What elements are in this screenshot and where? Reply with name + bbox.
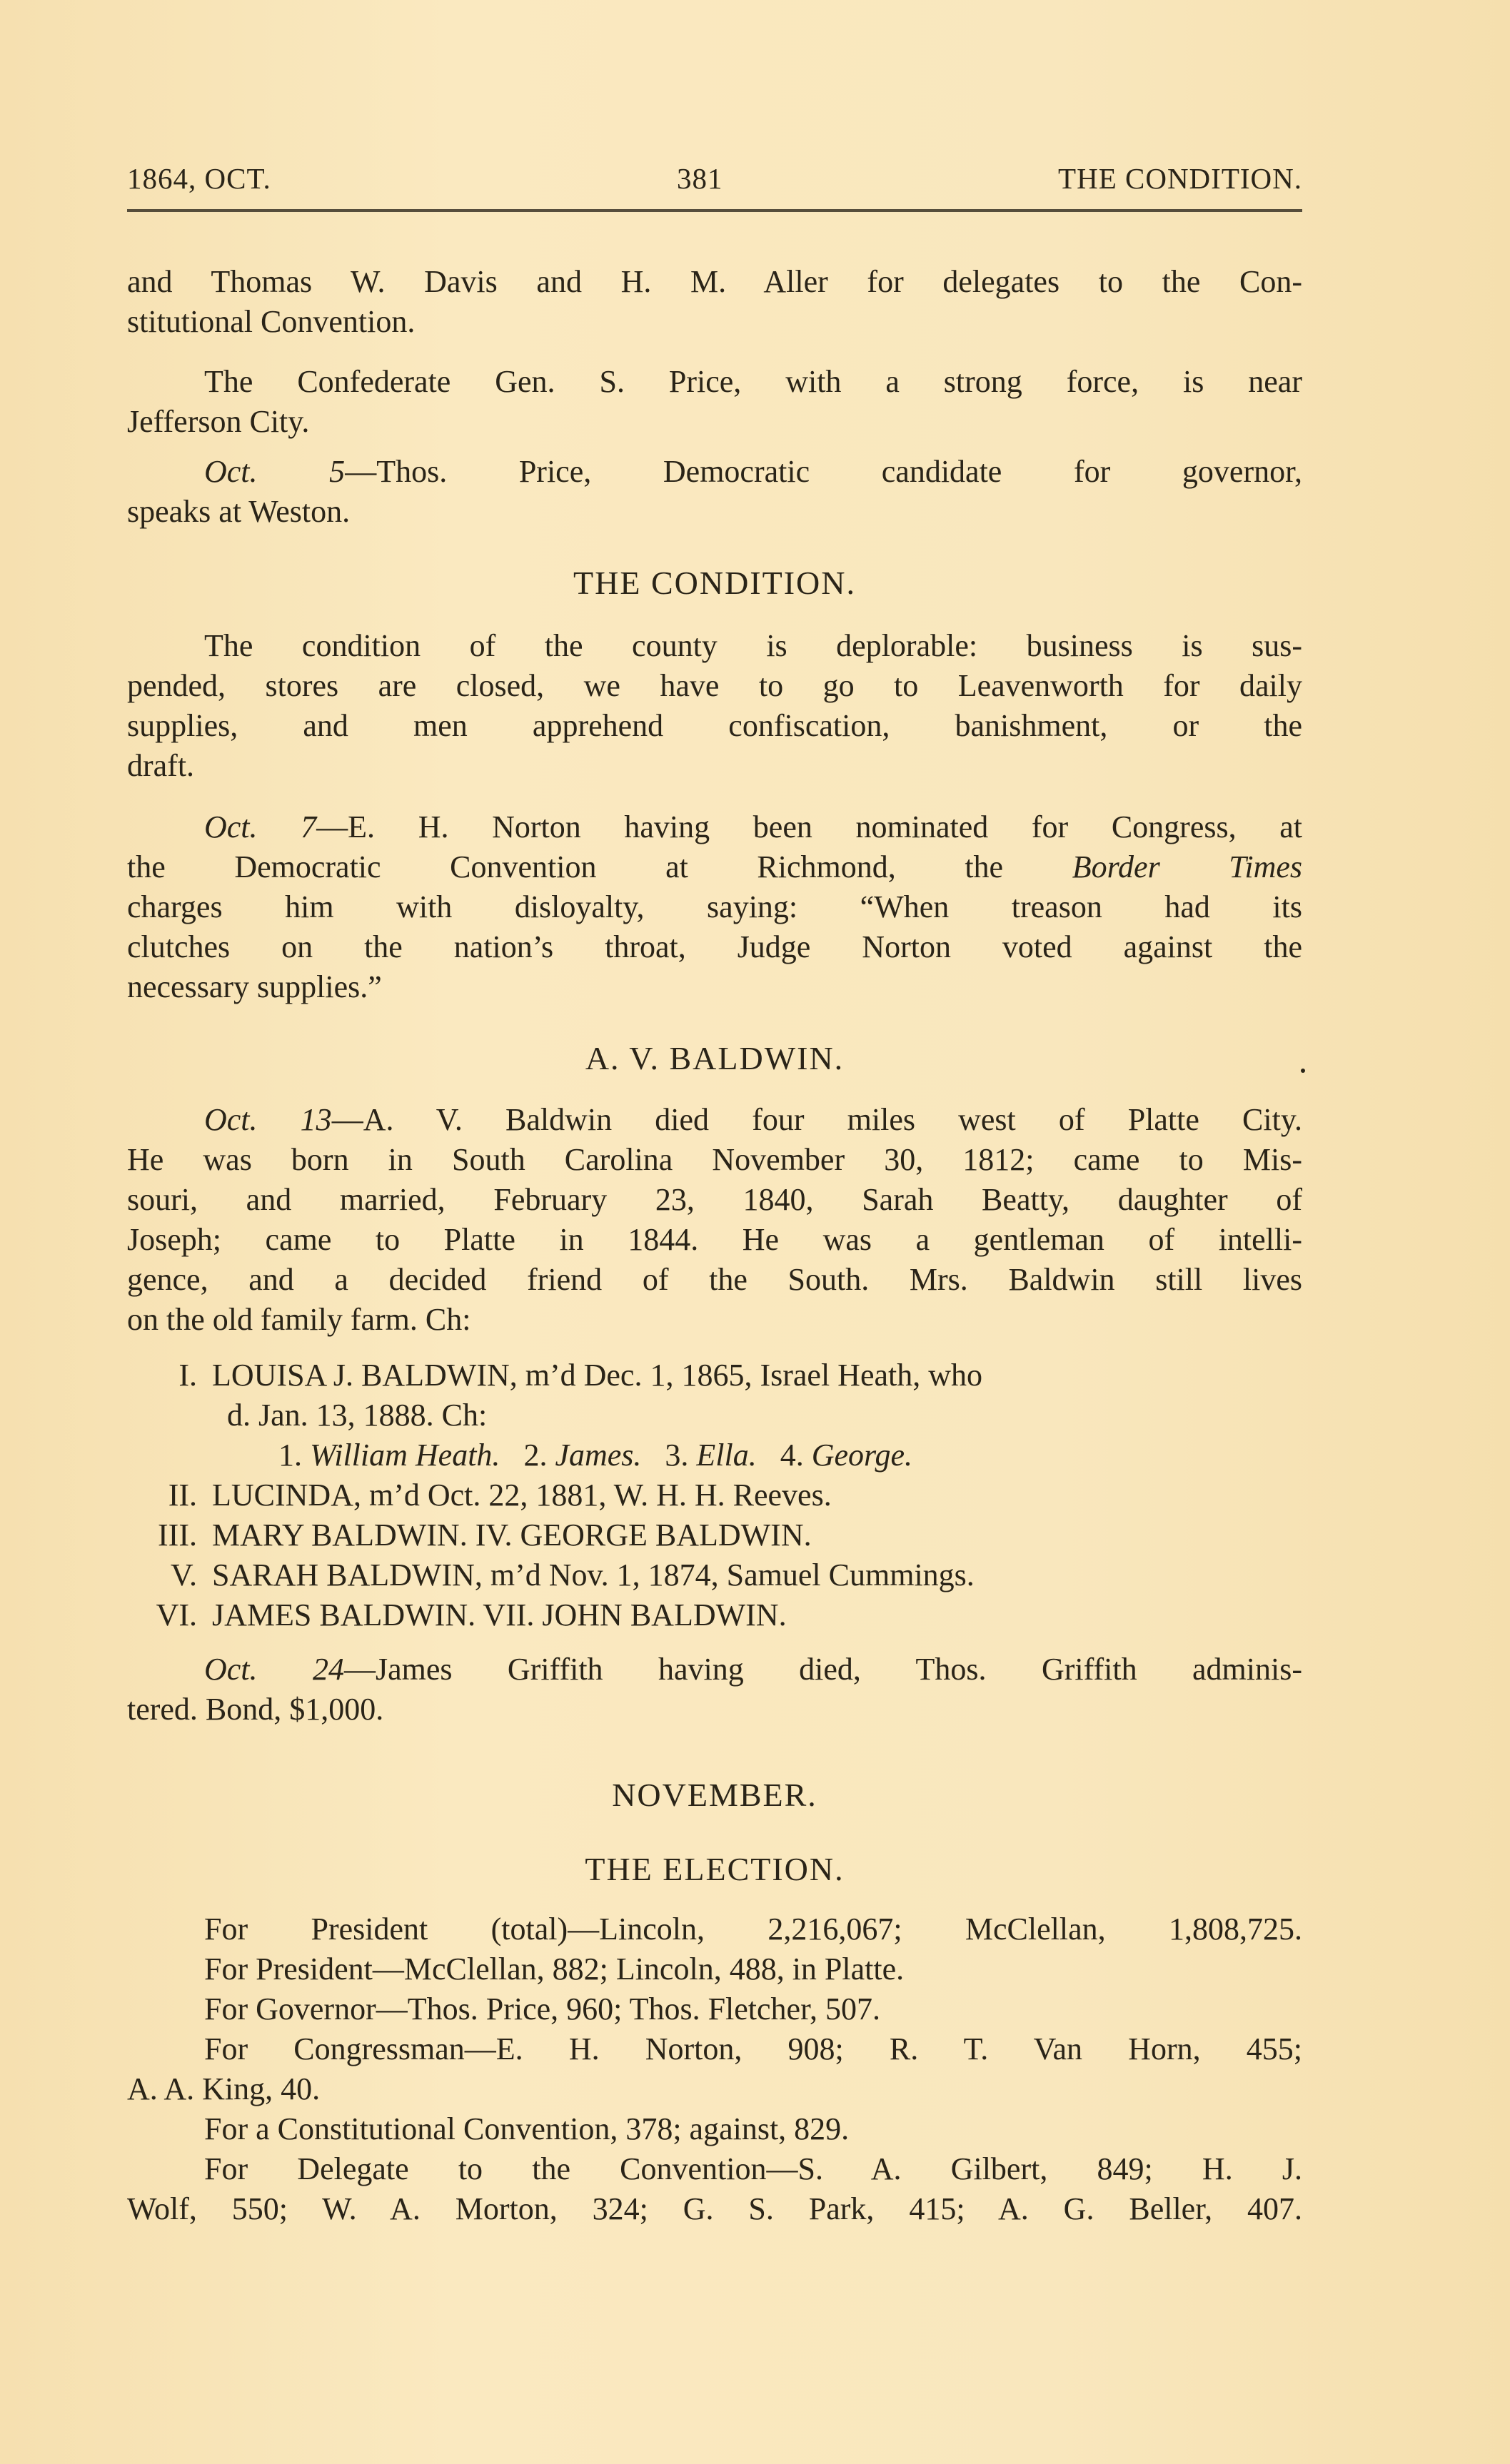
paragraph-line: souri, and married, February 23, 1840, S… xyxy=(127,1179,1302,1220)
genealogy-entry: V. SARAH BALDWIN, m’d Nov. 1, 1874, Samu… xyxy=(127,1555,1302,1595)
entry-date: Oct. 24 xyxy=(204,1652,344,1687)
paragraph-line: draft. xyxy=(127,745,1302,786)
genealogy-entry-cont: d. Jan. 13, 1888. Ch: xyxy=(127,1395,1302,1435)
genealogy-entry: II. LUCINDA, m’d Oct. 22, 1881, W. H. H.… xyxy=(127,1475,1302,1515)
dated-entry-line: Oct. 24—James Griffith having died, Thos… xyxy=(127,1649,1302,1690)
genealogy-entry: VI. JAMES BALDWIN. VII. JOHN BALDWIN. xyxy=(127,1595,1302,1635)
election-result-line: For President—McClellan, 882; Lincoln, 4… xyxy=(127,1949,1302,1989)
paragraph-line: charges him with disloyalty, saying: “Wh… xyxy=(127,887,1302,927)
paragraph-line: on the old family farm. Ch: xyxy=(127,1299,1302,1340)
election-result-line: For President (total)—Lincoln, 2,216,067… xyxy=(127,1909,1302,1949)
paragraph-line: Joseph; came to Platte in 1844. He was a… xyxy=(127,1219,1302,1260)
election-result-line: For a Constitutional Convention, 378; ag… xyxy=(127,2109,1302,2149)
paragraph-line: The condition of the county is deplorabl… xyxy=(127,625,1302,666)
header-rule xyxy=(127,209,1302,212)
entry-numeral: III. xyxy=(127,1515,197,1555)
grandchildren-line: 1. William Heath. 2. James. 3. Ella. 4. … xyxy=(127,1435,1454,1475)
running-head-title: THE CONDITION. xyxy=(1058,161,1302,196)
page-number: 381 xyxy=(677,161,723,196)
election-result-line: For Congressman—E. H. Norton, 908; R. T.… xyxy=(127,2029,1302,2069)
election-result-line: For Delegate to the Convention—S. A. Gil… xyxy=(127,2149,1302,2189)
paragraph-line: supplies, and men apprehend confiscation… xyxy=(127,705,1302,746)
paragraph-line: speaks at Weston. xyxy=(127,491,1302,532)
grandchild-name: William Heath. xyxy=(310,1438,500,1473)
paragraph-line: Jefferson City. xyxy=(127,401,1302,442)
grandchild-name: Ella. xyxy=(696,1438,756,1473)
election-result-line: A. A. King, 40. xyxy=(127,2069,1302,2109)
entry-date: Oct. 5 xyxy=(204,454,345,489)
paragraph-line: necessary supplies.” xyxy=(127,966,1302,1007)
election-result-line: Wolf, 550; W. A. Morton, 324; G. S. Park… xyxy=(127,2188,1302,2229)
entry-numeral: VI. xyxy=(127,1595,197,1635)
paragraph-line: The Confederate Gen. S. Price, with a st… xyxy=(127,361,1302,402)
entry-numeral: II. xyxy=(127,1475,197,1515)
entry-date: Oct. 13 xyxy=(204,1102,332,1137)
dated-entry-line: Oct. 7—E. H. Norton having been nominate… xyxy=(127,807,1302,847)
month-heading-november: NOVEMBER. xyxy=(127,1774,1302,1815)
paragraph-line: gence, and a decided friend of the South… xyxy=(127,1259,1302,1300)
entry-numeral: V. xyxy=(127,1555,197,1595)
section-heading-condition: THE CONDITION. xyxy=(127,562,1302,603)
section-heading-election: THE ELECTION. xyxy=(127,1849,1302,1889)
election-result-line: For Governor—Thos. Price, 960; Thos. Fle… xyxy=(127,1989,1302,2029)
running-head: 1864, OCT. 381 THE CONDITION. xyxy=(127,161,1302,197)
paragraph-line: clutches on the nation’s throat, Judge N… xyxy=(127,926,1302,967)
entry-date: Oct. 7 xyxy=(204,809,316,844)
paragraph-line: He was born in South Carolina November 3… xyxy=(127,1139,1302,1180)
entry-numeral: I. xyxy=(127,1355,197,1395)
print-speck xyxy=(1301,1069,1305,1073)
section-heading-baldwin: A. V. BALDWIN. xyxy=(127,1038,1302,1079)
paragraph-line: pended, stores are closed, we have to go… xyxy=(127,665,1302,706)
paragraph-line: tered. Bond, $1,000. xyxy=(127,1689,1302,1730)
paragraph-line: stitutional Convention. xyxy=(127,301,1302,342)
dated-entry-line: Oct. 13—A. V. Baldwin died four miles we… xyxy=(127,1099,1302,1140)
newspaper-title: Border Times xyxy=(1072,849,1302,884)
running-head-date: 1864, OCT. xyxy=(127,161,271,196)
genealogy-entry: I. LOUISA J. BALDWIN, m’d Dec. 1, 1865, … xyxy=(127,1355,1302,1395)
dated-entry-line: Oct. 5—Thos. Price, Democratic candidate… xyxy=(127,451,1302,492)
paragraph-line: the Democratic Convention at Richmond, t… xyxy=(127,847,1302,887)
grandchild-name: James. xyxy=(555,1438,641,1473)
paragraph-line: and Thomas W. Davis and H. M. Aller for … xyxy=(127,261,1302,302)
grandchild-name: George. xyxy=(812,1438,912,1473)
genealogy-entry: III. MARY BALDWIN. IV. GEORGE BALDWIN. xyxy=(127,1515,1302,1555)
